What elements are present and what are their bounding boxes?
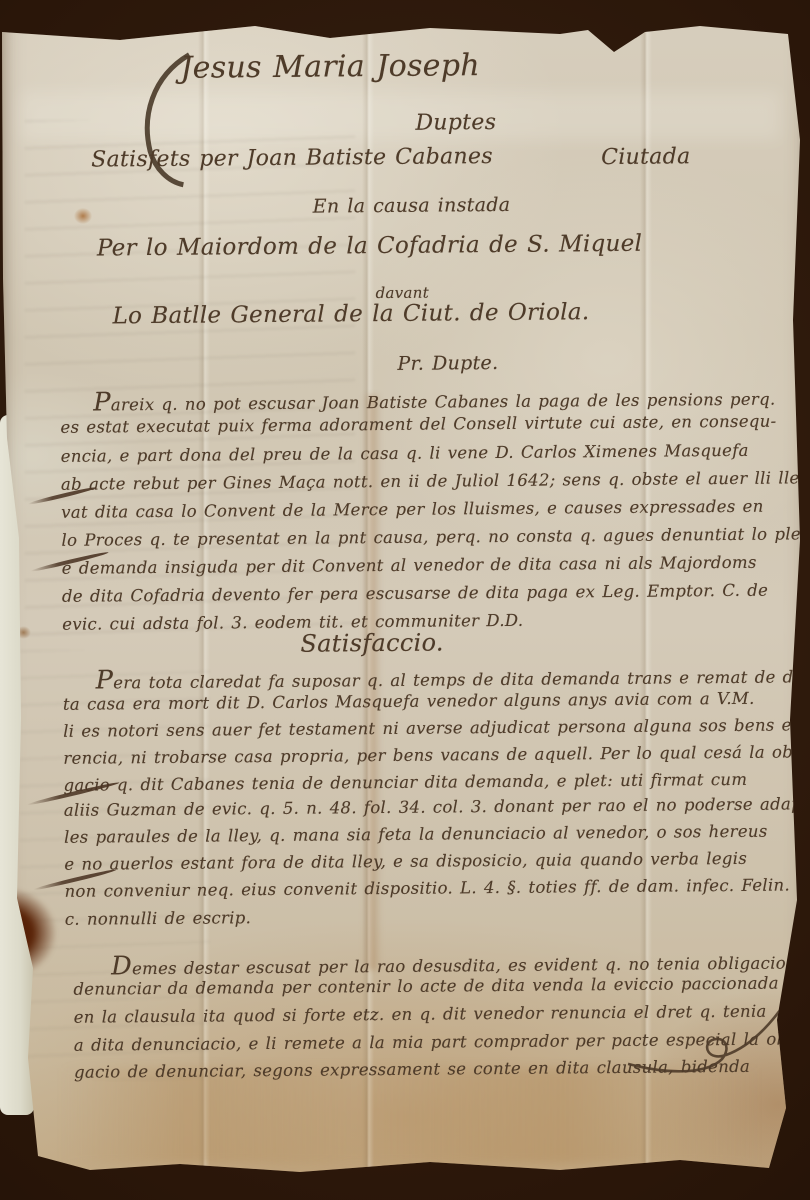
subtitle-right: Ciutada (601, 144, 691, 170)
manuscript-line: de dita Cofadria devento fer pera escusa… (62, 581, 768, 606)
manuscript-line: c. nonnulli de escrip. (65, 908, 252, 929)
manuscript-line: aliis Guzman de evic. q. 5. n. 48. fol. … (64, 794, 810, 820)
doc-title: Duptes (0, 107, 810, 140)
manuscript-line: evic. cui adsta fol. 3. eodem tit. et co… (62, 611, 523, 634)
manuscript-line: e no auerlos estant fora de dita lley, e… (64, 849, 747, 874)
manuscript-line: les paraules de la lley, q. mana sia fet… (64, 822, 768, 847)
manuscript-line: gacio q. dit Cabanes tenia de denunciar … (64, 770, 748, 795)
subtitle-left: Satisfets per Joan Batiste Cabanes (91, 144, 493, 173)
manuscript-line: e demanda insiguda per dit Convent al ve… (62, 553, 757, 578)
handwritten-text-layer: Jesus Maria Joseph Duptes Satisfets per … (0, 0, 810, 1200)
party-line: Per lo Maiordom de la Cofadria de S. Miq… (97, 231, 643, 262)
manuscript-line: rencia, ni trobarse casa propria, per be… (63, 742, 810, 768)
manuscript-line: non conveniur neq. eius convenit disposi… (64, 875, 810, 901)
manuscript-line: ab acte rebut per Gines Maça nott. en ii… (61, 468, 806, 493)
end-flourish (622, 998, 793, 1084)
court-line: Lo Batlle General de la Ciut. de Oriola. (112, 299, 589, 329)
manuscript-page: Jesus Maria Joseph Duptes Satisfets per … (0, 0, 810, 1200)
manuscript-line: vat dita casa lo Convent de la Merce per… (61, 497, 764, 522)
satisfaccio-heading: Satisfaccio. (300, 628, 444, 657)
manuscript-line: encia, e part dona del preu de la casa q… (61, 441, 749, 466)
first-doubt-heading: Pr. Dupte. (0, 349, 810, 378)
photo-backdrop: Jesus Maria Joseph Duptes Satisfets per … (0, 0, 810, 1200)
manuscript-line: li es notori sens auer fet testament ni … (63, 715, 810, 741)
manuscript-line: lo Proces q. te presentat en la pnt caus… (61, 524, 808, 550)
invocation-line: Jesus Maria Joseph (180, 48, 480, 86)
cause-line: En la causa instada (0, 191, 810, 220)
